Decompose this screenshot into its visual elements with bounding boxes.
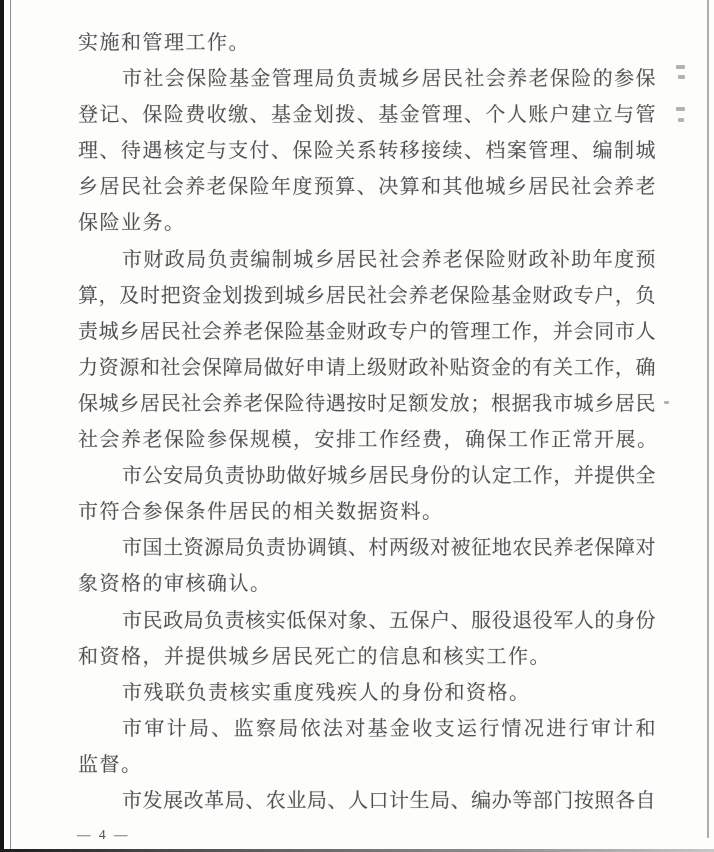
text-line: 社会养老保险参保规模，安排工作经费，确保工作正常开展。: [78, 422, 656, 458]
text-line: 实施和管理工作。: [78, 25, 656, 61]
scan-artifact: [664, 401, 669, 404]
text-line: 市财政局负责编制城乡居民社会养老保险财政补助年度预: [78, 242, 656, 278]
text-line: 市民政局负责核实低保对象、五保户、服役退役军人的身份: [78, 603, 656, 639]
text-line: 登记、保险费收缴、基金划拨、基金管理、个人账户建立与管: [78, 97, 656, 133]
text-line: 保险业务。: [78, 205, 656, 241]
scanned-document-page: 实施和管理工作。市社会保险基金管理局负责城乡居民社会养老保险的参保登记、保险费收…: [0, 0, 714, 852]
text-line: 市国土资源局负责协调镇、村两级对被征地农民养老保障对: [78, 530, 656, 566]
scan-artifact: [678, 118, 684, 122]
scan-rule-right: [707, 0, 709, 838]
page-number: — 4 —: [77, 827, 130, 843]
text-line: 市符合参保条件居民的相关数据资料。: [78, 494, 656, 530]
text-line: 象资格的审核确认。: [78, 566, 656, 602]
text-line: 理、待遇核定与支付、保险关系转移接续、档案管理、编制城: [78, 133, 656, 169]
scan-edge-left: [0, 0, 4, 852]
text-line: 市残联负责核实重度残疾人的身份和资格。: [78, 675, 656, 711]
text-line: 市审计局、监察局依法对基金收支运行情况进行审计和: [78, 711, 656, 747]
text-line: 和资格，并提供城乡居民死亡的信息和核实工作。: [78, 639, 656, 675]
scan-rule-left: [10, 0, 11, 852]
text-line: 乡居民社会养老保险年度预算、决算和其他城乡居民社会养老: [78, 169, 656, 205]
text-line: 算，及时把资金划拨到城乡居民社会养老保险基金财政专户，负: [78, 278, 656, 314]
text-line: 市社会保险基金管理局负责城乡居民社会养老保险的参保: [78, 61, 656, 97]
scan-artifact: [676, 65, 685, 69]
document-body: 实施和管理工作。市社会保险基金管理局负责城乡居民社会养老保险的参保登记、保险费收…: [78, 25, 656, 819]
text-line: 监督。: [78, 747, 656, 783]
text-line: 保城乡居民社会养老保险待遇按时足额发放；根据我市城乡居民: [78, 386, 656, 422]
text-line: 责城乡居民社会养老保险基金财政专户的管理工作，并会同市人: [78, 314, 656, 350]
text-line: 力资源和社会保障局做好申请上级财政补贴资金的有关工作，确: [78, 350, 656, 386]
text-line: 市发展改革局、农业局、人口计生局、编办等部门按照各自: [78, 783, 656, 819]
text-line: 市公安局负责协助做好城乡居民身份的认定工作，并提供全: [78, 458, 656, 494]
scan-artifact: [678, 75, 685, 79]
scan-artifact: [676, 107, 685, 111]
